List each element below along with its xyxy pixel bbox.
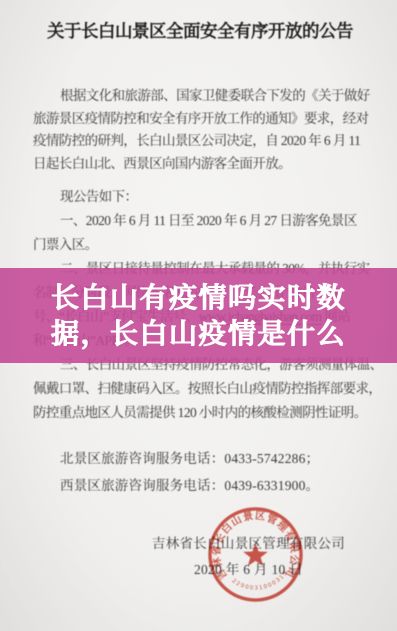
- doc-line: 根据文化和旅游部、国家卫健委联合下发的《关于做好: [33, 85, 367, 108]
- west-area-phone: 西景区旅游咨询服务电话：0439-6331900。: [33, 472, 367, 500]
- signature-block: 吉林省长白山景区管理有限公司 2020 年 6 月 10 日: [33, 533, 367, 581]
- headline-line-1: 长白山有疫情吗实时数: [51, 280, 346, 316]
- announcement-intro: 根据文化和旅游部、国家卫健委联合下发的《关于做好 旅游景区疫情防控和安全有序开放…: [33, 85, 367, 176]
- screenshot-root: 关于长白山景区全面安全有序开放的公告 根据文化和旅游部、国家卫健委联合下发的《关…: [0, 0, 397, 631]
- doc-line: 一、2020 年 6 月 11 日至 2020 年 6 月 27 日游客免景区: [33, 209, 367, 233]
- doc-line: 门票入区。: [33, 233, 367, 257]
- seal-serial-number: 2290031000319: [231, 570, 290, 592]
- seal-star-icon: [243, 543, 268, 566]
- headline-line-2: 据，长白山疫情是什么: [51, 316, 346, 352]
- doc-line: 日起长白山北、西景区向国内游客全面开放。: [33, 153, 367, 176]
- north-area-phone: 北景区旅游咨询服务电话：0433-5742286；: [33, 445, 367, 473]
- doc-line: 旅游景区疫情防控和安全有序开放工作的通知》要求，经对: [33, 108, 367, 131]
- announcement-title: 关于长白山景区全面安全有序开放的公告: [33, 19, 367, 43]
- headline-overlay-banner: 长白山有疫情吗实时数 据，长白山疫情是什么: [0, 268, 397, 363]
- contact-numbers: 北景区旅游咨询服务电话：0433-5742286； 西景区旅游咨询服务电话：04…: [33, 445, 367, 500]
- doc-line: 佩戴口罩、扫健康码入区。按照长白山疫情防控指挥部要求，: [33, 377, 367, 401]
- doc-line: 防控重点地区人员需提供 120 小时内的核酸检测阴性证明。: [33, 401, 367, 425]
- svg-text:2290031000319: 2290031000319: [231, 570, 290, 592]
- doc-line: 疫情防控的研判，长白山景区公司决定，自 2020 年 6 月 11: [33, 130, 367, 153]
- official-seal: 吉林省长白山景区管理有限公司 2290031000319: [206, 504, 305, 605]
- doc-line: 现公告如下：: [33, 185, 367, 209]
